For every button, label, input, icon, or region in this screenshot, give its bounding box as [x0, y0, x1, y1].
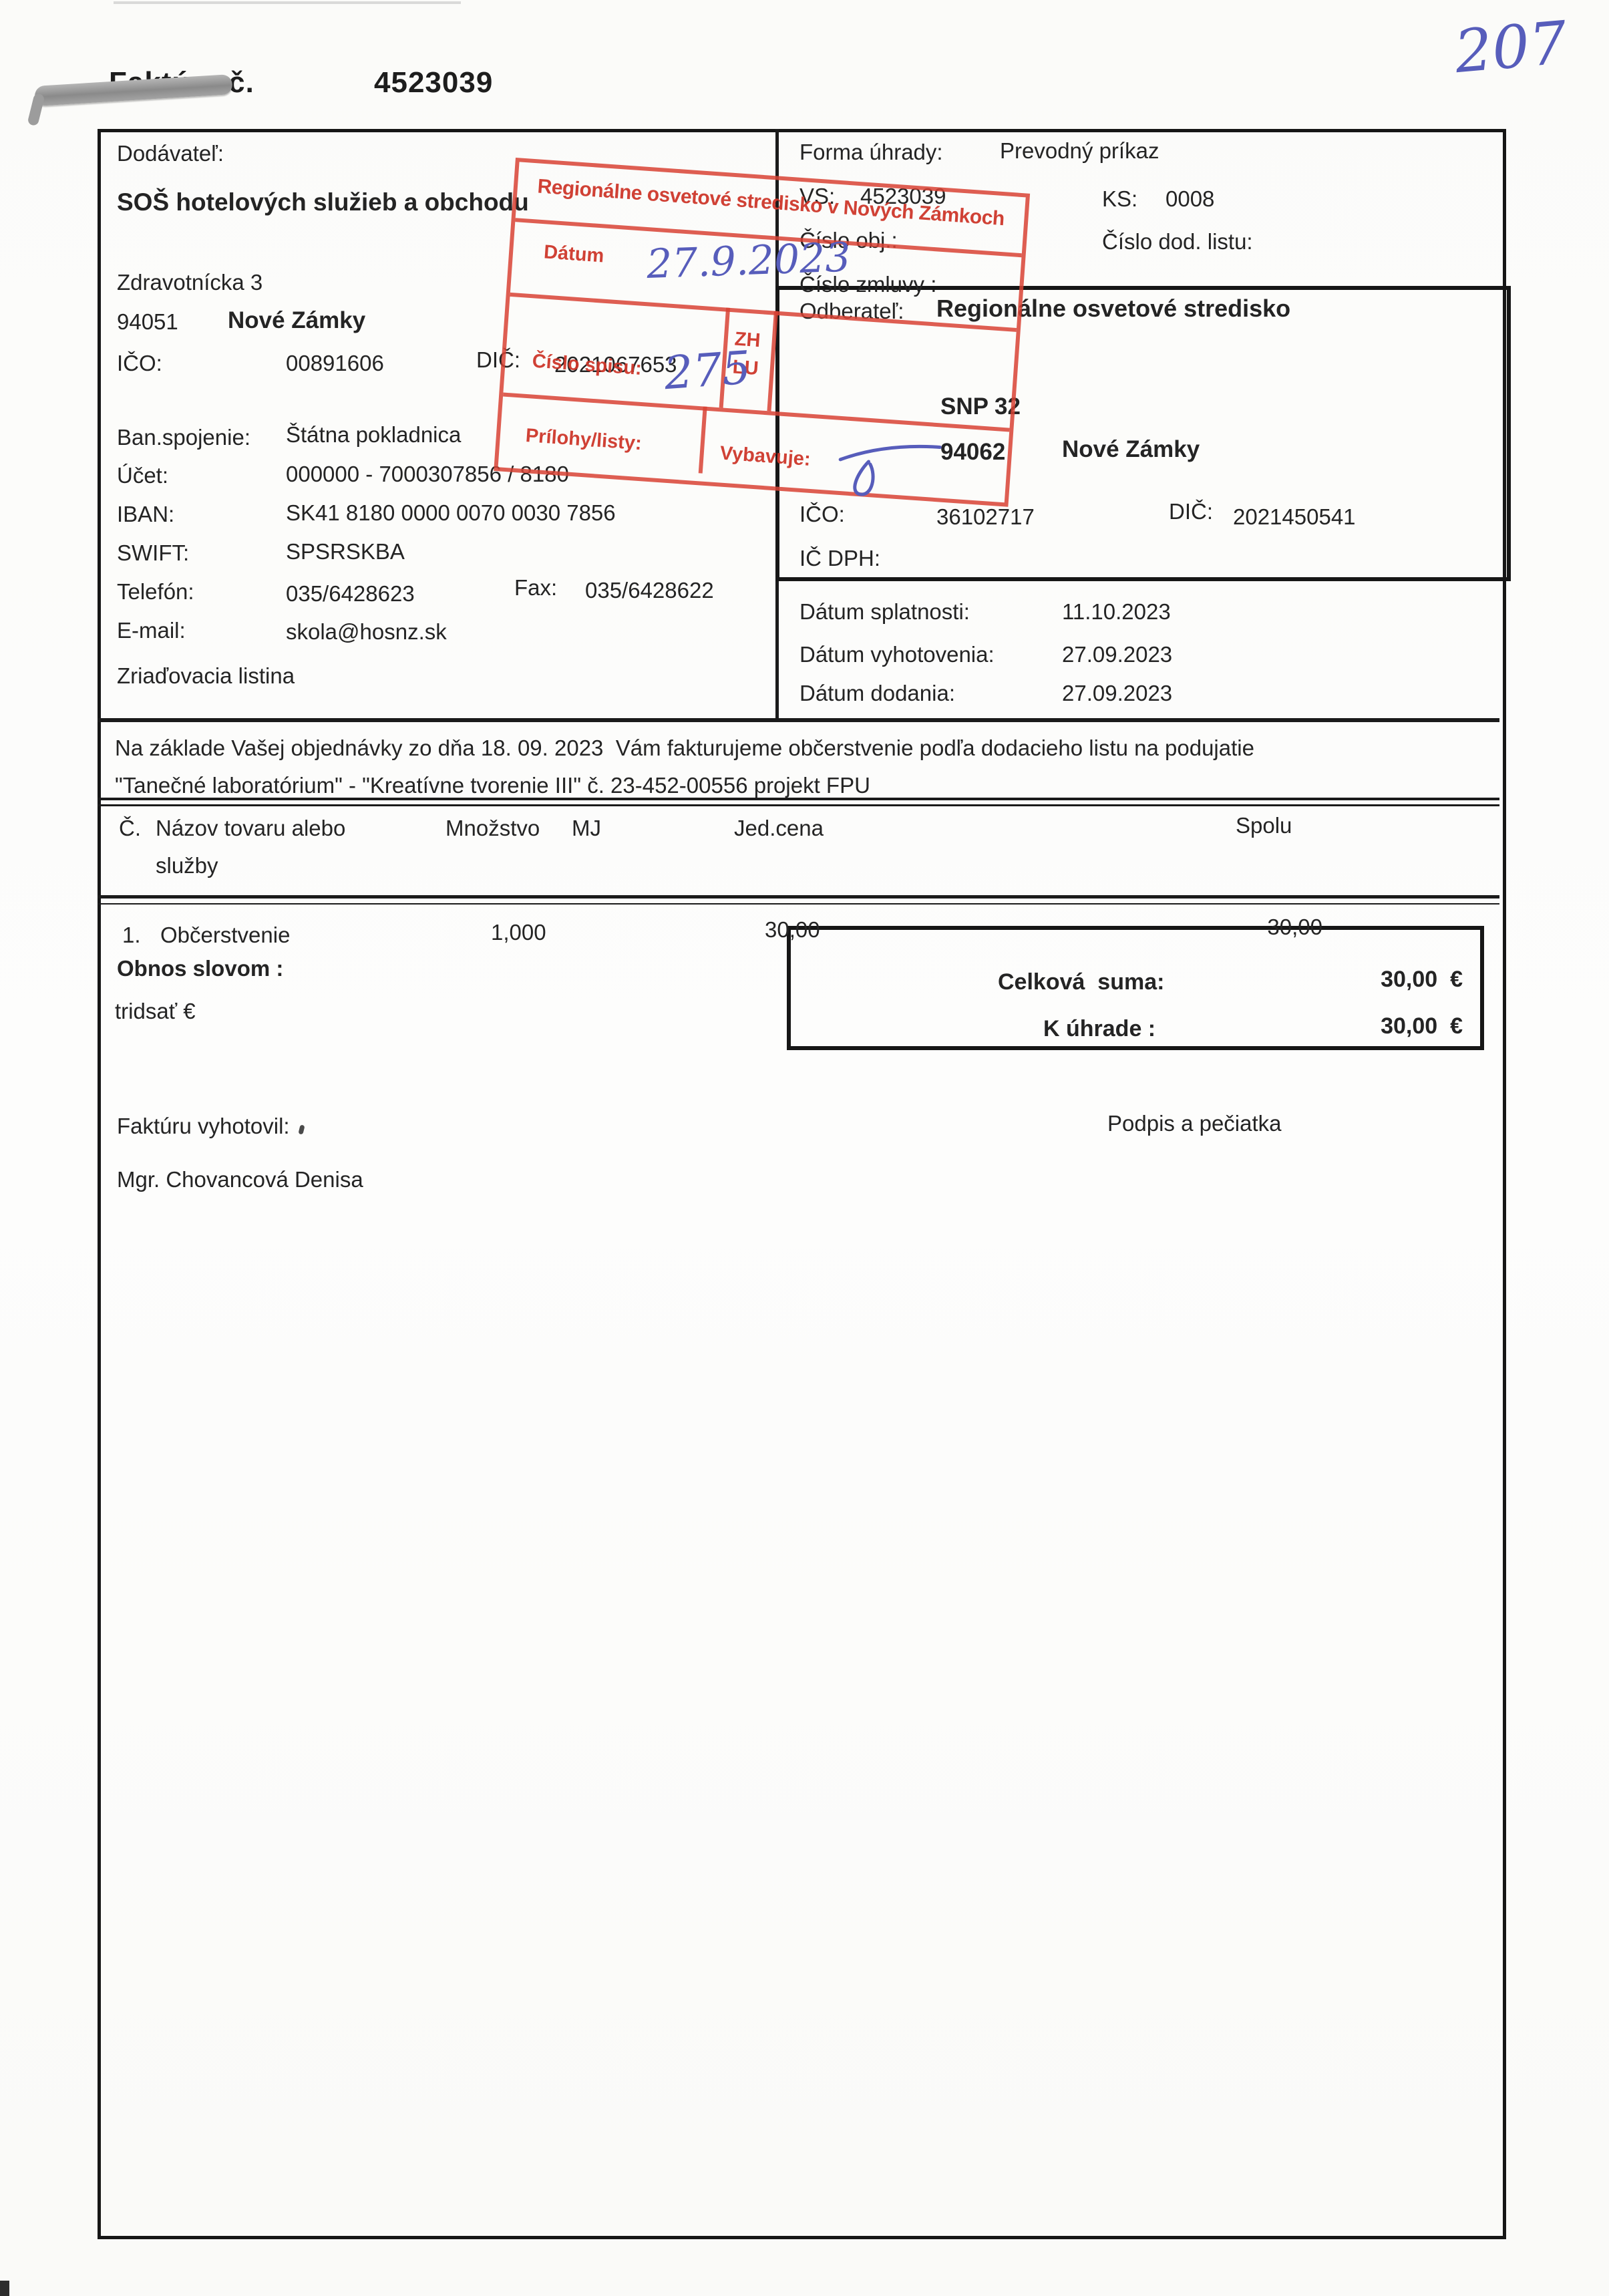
handwritten-page-number: 207: [1452, 7, 1570, 88]
col-header-total: Spolu: [1236, 812, 1292, 839]
date-issued: 27.09.2023: [1062, 641, 1172, 668]
stamp-rule-2: [510, 293, 1017, 332]
supplier-bank: Štátna pokladnica: [286, 422, 461, 448]
supplier-name: SOŠ hotelových služieb a obchodu: [117, 188, 529, 217]
supplier-fax: 035/6428622: [585, 577, 714, 604]
col-header-no: Č.: [119, 815, 141, 842]
supplier-phone: 035/6428623: [286, 581, 415, 607]
amount-words-label: Obnos slovom :: [117, 955, 283, 982]
col-header-name-line1: Názov tovaru alebo: [156, 815, 345, 842]
supplier-iban: SK41 8180 0000 0070 0030 7856: [286, 500, 616, 526]
amount-due-label: K úhrade :: [1043, 1015, 1155, 1043]
date-delivered-label: Dátum dodania:: [799, 680, 955, 707]
supplier-city: Nové Zámky: [228, 307, 365, 335]
supplier-ico: 00891606: [286, 350, 384, 377]
col-header-unit-price: Jed.cena: [734, 815, 824, 842]
supplier-founding-doc: Zriaďovacia listina: [117, 663, 295, 689]
staple-mark-tip: [27, 93, 45, 126]
handwritten-file-no: 275: [663, 341, 753, 401]
supplier-phone-label: Telefón:: [117, 579, 194, 605]
payment-form-label: Forma úhrady:: [799, 139, 943, 166]
payment-form: Prevodný príkaz: [1000, 138, 1159, 164]
payment-ks-label: KS:: [1102, 186, 1137, 212]
item-no: 1.: [122, 922, 141, 949]
stamp-handled-by-label: Vybavuje:: [719, 442, 812, 470]
date-due-label: Dátum splatnosti:: [799, 599, 970, 625]
supplier-section-label: Dodávateľ:: [117, 140, 224, 167]
payment-ks: 0008: [1166, 186, 1214, 212]
stamp-date-label: Dátum: [543, 241, 604, 267]
customer-city: Nové Zámky: [1062, 436, 1200, 464]
arrival-stamp: Regionálne osvetové stredisko v Nových Z…: [494, 158, 1030, 507]
date-delivered: 27.09.2023: [1062, 680, 1172, 707]
supplier-street: Zdravotnícka 3: [117, 269, 262, 296]
date-issued-label: Dátum vyhotovenia:: [799, 641, 995, 668]
supplier-account-label: Účet:: [117, 462, 168, 489]
supplier-email: skola@hosnz.sk: [286, 619, 447, 645]
scan-corner-mark: [0, 2281, 9, 2296]
stamp-file-no-label: Číslo spisu:: [532, 351, 643, 380]
table-header-rule-2: [98, 903, 1499, 905]
customer-dic-label: DIČ:: [1169, 498, 1213, 525]
stamp-attachments-label: Prílohy/listy:: [525, 425, 643, 455]
issued-by-name: Mgr. Chovancová Denisa: [117, 1166, 363, 1193]
supplier-ico-label: IČO:: [117, 350, 162, 377]
handwritten-initials: [827, 429, 958, 504]
customer-icdph-label: IČ DPH:: [799, 545, 880, 572]
supplier-bank-label: Ban.spojenie:: [117, 424, 250, 451]
table-header-rule-1: [98, 895, 1499, 898]
supplier-swift: SPSRSKBA: [286, 538, 405, 565]
intro-line-2: "Tanečné laboratórium" - "Kreatívne tvor…: [115, 772, 870, 799]
signature-stamp-label: Podpis a pečiatka: [1107, 1110, 1282, 1137]
stamp-bottom-divider: [699, 406, 707, 473]
handwritten-stamp-date: 27.9.2023: [646, 233, 852, 289]
total-sum-value: 30,00 €: [1316, 966, 1463, 993]
customer-dic: 2021450541: [1233, 504, 1356, 530]
customer-ico-label: IČO:: [799, 501, 845, 528]
customer-ico: 36102717: [936, 504, 1035, 530]
item-unit-price: 30,00: [765, 917, 820, 943]
date-due: 11.10.2023: [1062, 599, 1171, 625]
col-header-qty: Množstvo: [445, 815, 540, 842]
section-divider: [98, 718, 1499, 722]
item-total: 30,00: [1222, 914, 1322, 941]
payment-delivery-note-no-label: Číslo dod. listu:: [1102, 228, 1253, 255]
issued-by-label: Faktúru vyhotovil:: [117, 1113, 290, 1140]
table-top-rule-2: [98, 804, 1499, 806]
supplier-iban-label: IBAN:: [117, 501, 174, 528]
supplier-email-label: E-mail:: [117, 617, 186, 644]
intro-line-1: Na základe Vašej objednávky zo dňa 18. 0…: [115, 735, 1254, 762]
scan-edge-smudge: [114, 1, 461, 4]
col-header-unit: MJ: [572, 815, 601, 842]
total-sum-label: Celková suma:: [998, 969, 1164, 996]
stamp-zh-cell-right: [767, 311, 777, 412]
amount-words: tridsať €: [115, 998, 196, 1025]
item-name: Občerstvenie: [160, 922, 290, 949]
item-qty: 1,000: [491, 919, 546, 946]
supplier-fax-label: Fax:: [514, 575, 557, 601]
col-header-name-line2: služby: [156, 852, 218, 879]
invoice-number: 4523039: [374, 65, 493, 101]
scanned-invoice-page: 207 Faktúra č. 4523039 Dodávateľ: SOŠ ho…: [0, 0, 1609, 2296]
supplier-zip: 94051: [117, 309, 178, 335]
supplier-swift-label: SWIFT:: [117, 540, 189, 566]
amount-due-value: 30,00 €: [1316, 1013, 1463, 1040]
stamp-rule-3: [503, 393, 1010, 432]
